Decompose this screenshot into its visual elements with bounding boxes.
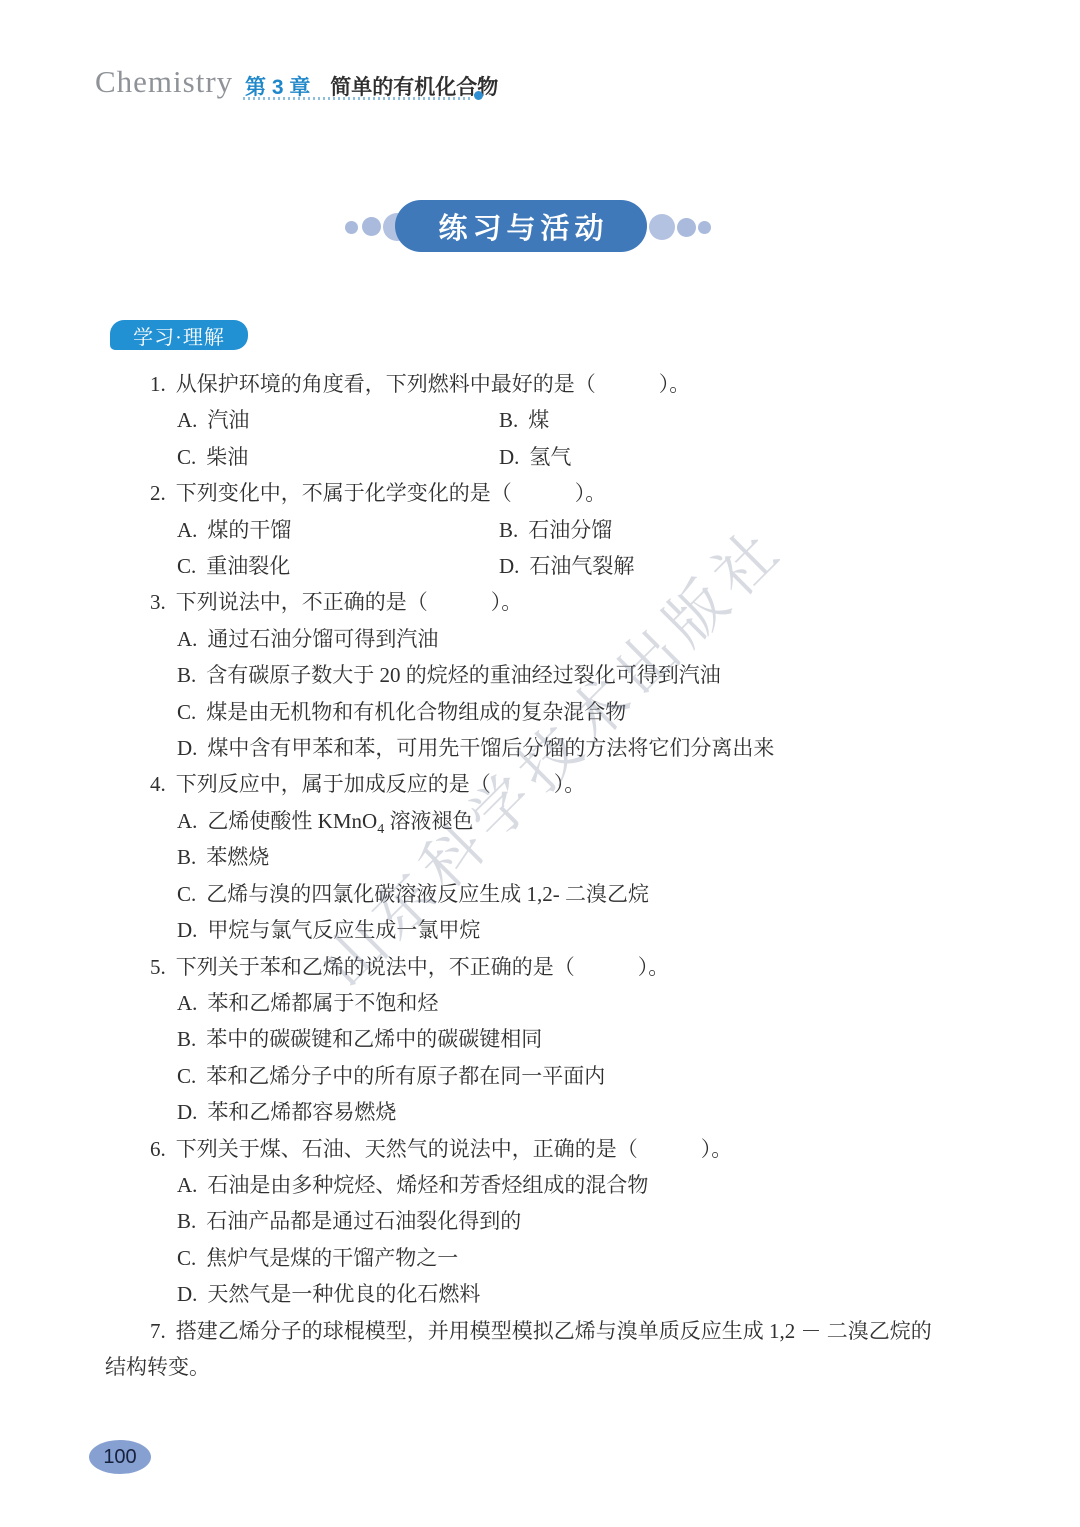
option: A.煤的干馏: [177, 512, 499, 548]
option: A.石油是由多种烷烃、烯烃和芳香烃组成的混合物: [177, 1167, 977, 1203]
option: A.乙烯使酸性 KMnO4 溶液褪色: [177, 803, 977, 839]
question-text: 7.搭建乙烯分子的球棍模型，并用模型模拟乙烯与溴单质反应生成 1,2 － 二溴乙…: [105, 1313, 977, 1349]
question-text: 4.下列反应中，属于加成反应的是（ ）。: [105, 766, 977, 802]
question-text: 2.下列变化中，不属于化学变化的是（ ）。: [105, 475, 977, 511]
header-dotted-rule: [243, 97, 473, 100]
question: 7.搭建乙烯分子的球棍模型，并用模型模拟乙烯与溴单质反应生成 1,2 － 二溴乙…: [105, 1313, 977, 1386]
option: C.煤是由无机物和有机化合物组成的复杂混合物: [177, 694, 977, 730]
option: D.石油气裂解: [499, 548, 977, 584]
option: C.乙烯与溴的四氯化碳溶液反应生成 1,2- 二溴乙烷: [177, 876, 977, 912]
option-list: A.乙烯使酸性 KMnO4 溶液褪色 B.苯燃烧 C.乙烯与溴的四氯化碳溶液反应…: [105, 803, 977, 949]
question: 3.下列说法中，不正确的是（ ）。 A.通过石油分馏可得到汽油 B.含有碳原子数…: [105, 584, 977, 766]
section-banner: 练习与活动: [395, 200, 647, 252]
page-number-badge: 100: [89, 1440, 151, 1474]
option: D.苯和乙烯都容易燃烧: [177, 1094, 977, 1130]
question-text: 3.下列说法中，不正确的是（ ）。: [105, 584, 977, 620]
question-number: 6.: [150, 1137, 166, 1161]
option: A.汽油: [177, 402, 499, 438]
option: B.石油产品都是通过石油裂化得到的: [177, 1203, 977, 1239]
chapter-title: 简单的有机化合物: [330, 76, 498, 99]
option: D.氢气: [499, 439, 977, 475]
option-grid: A.汽油 B.煤 C.柴油 D.氢气: [105, 402, 977, 475]
option: C.重油裂化: [177, 548, 499, 584]
question-number: 7.: [150, 1319, 166, 1343]
option: C.苯和乙烯分子中的所有原子都在同一平面内: [177, 1058, 977, 1094]
option: B.含有碳原子数大于 20 的烷烃的重油经过裂化可得到汽油: [177, 657, 977, 693]
option-list: A.石油是由多种烷烃、烯烃和芳香烃组成的混合物 B.石油产品都是通过石油裂化得到…: [105, 1167, 977, 1313]
option: D.煤中含有甲苯和苯，可用先干馏后分馏的方法将它们分离出来: [177, 730, 977, 766]
question-text: 6.下列关于煤、石油、天然气的说法中，正确的是（ ）。: [105, 1131, 977, 1167]
banner-dot-icon: [649, 214, 675, 240]
question-text-continued: 结构转变。: [105, 1349, 977, 1385]
option: C.柴油: [177, 439, 499, 475]
option-list: A.苯和乙烯都属于不饱和烃 B.苯中的碳碳键和乙烯中的碳碳键相同 C.苯和乙烯分…: [105, 985, 977, 1131]
question-number: 1.: [150, 372, 166, 396]
option-grid: A.煤的干馏 B.石油分馏 C.重油裂化 D.石油气裂解: [105, 512, 977, 585]
question: 5.下列关于苯和乙烯的说法中，不正确的是（ ）。 A.苯和乙烯都属于不饱和烃 B…: [105, 949, 977, 1131]
option-list: A.通过石油分馏可得到汽油 B.含有碳原子数大于 20 的烷烃的重油经过裂化可得…: [105, 621, 977, 767]
option: D.甲烷与氯气反应生成一氯甲烷: [177, 912, 977, 948]
banner-dot-icon: [677, 218, 696, 237]
option: B.苯燃烧: [177, 839, 977, 875]
question-number: 3.: [150, 590, 166, 614]
banner-dot-icon: [698, 221, 711, 234]
question-number: 4.: [150, 772, 166, 796]
question-text: 5.下列关于苯和乙烯的说法中，不正确的是（ ）。: [105, 949, 977, 985]
option: D.天然气是一种优良的化石燃料: [177, 1276, 977, 1312]
header-end-dot-icon: [474, 91, 483, 100]
brand-logo: Chemistry: [95, 64, 233, 100]
option: A.苯和乙烯都属于不饱和烃: [177, 985, 977, 1021]
question: 6.下列关于煤、石油、天然气的说法中，正确的是（ ）。 A.石油是由多种烷烃、烯…: [105, 1131, 977, 1313]
subsection-label: 学习·理解: [110, 320, 248, 350]
question: 1.从保护环境的角度看，下列燃料中最好的是（ ）。 A.汽油 B.煤 C.柴油 …: [105, 366, 977, 475]
banner-dot-icon: [345, 221, 358, 234]
option: B.石油分馏: [499, 512, 977, 548]
chapter-number: 第 3 章: [245, 76, 310, 99]
question-number: 2.: [150, 481, 166, 505]
textbook-page: 山东科学技术出版社 Chemistry 第 3 章 简单的有机化合物 练习与活动…: [0, 0, 1080, 1527]
option: A.通过石油分馏可得到汽油: [177, 621, 977, 657]
question-number: 5.: [150, 955, 166, 979]
question: 4.下列反应中，属于加成反应的是（ ）。 A.乙烯使酸性 KMnO4 溶液褪色 …: [105, 766, 977, 948]
question: 2.下列变化中，不属于化学变化的是（ ）。 A.煤的干馏 B.石油分馏 C.重油…: [105, 475, 977, 584]
banner-dot-icon: [362, 217, 381, 236]
question-list: 1.从保护环境的角度看，下列燃料中最好的是（ ）。 A.汽油 B.煤 C.柴油 …: [105, 366, 977, 1385]
question-text: 1.从保护环境的角度看，下列燃料中最好的是（ ）。: [105, 366, 977, 402]
option: B.煤: [499, 402, 977, 438]
option: C.焦炉气是煤的干馏产物之一: [177, 1240, 977, 1276]
option: B.苯中的碳碳键和乙烯中的碳碳键相同: [177, 1021, 977, 1057]
